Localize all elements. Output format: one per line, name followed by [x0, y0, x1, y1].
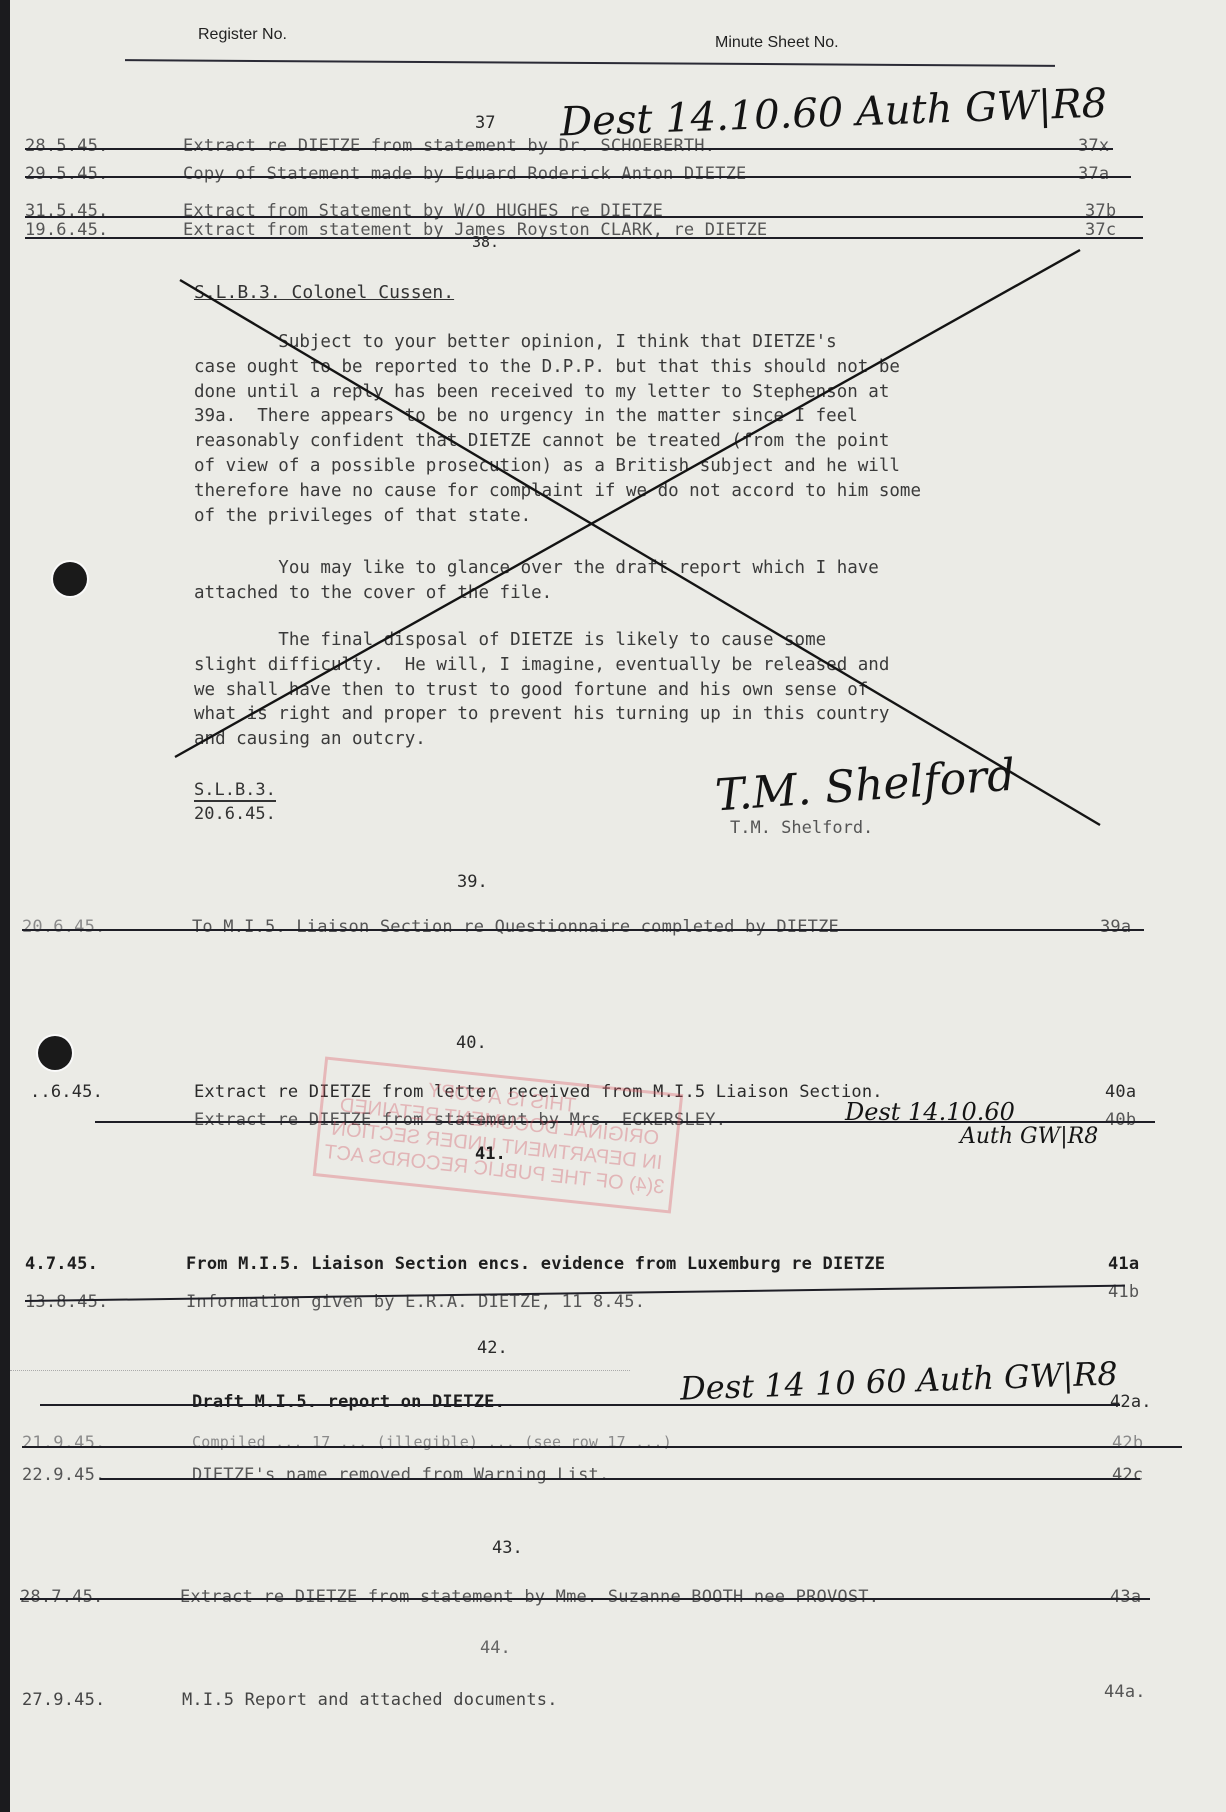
cross-out-mark [0, 0, 1226, 1812]
